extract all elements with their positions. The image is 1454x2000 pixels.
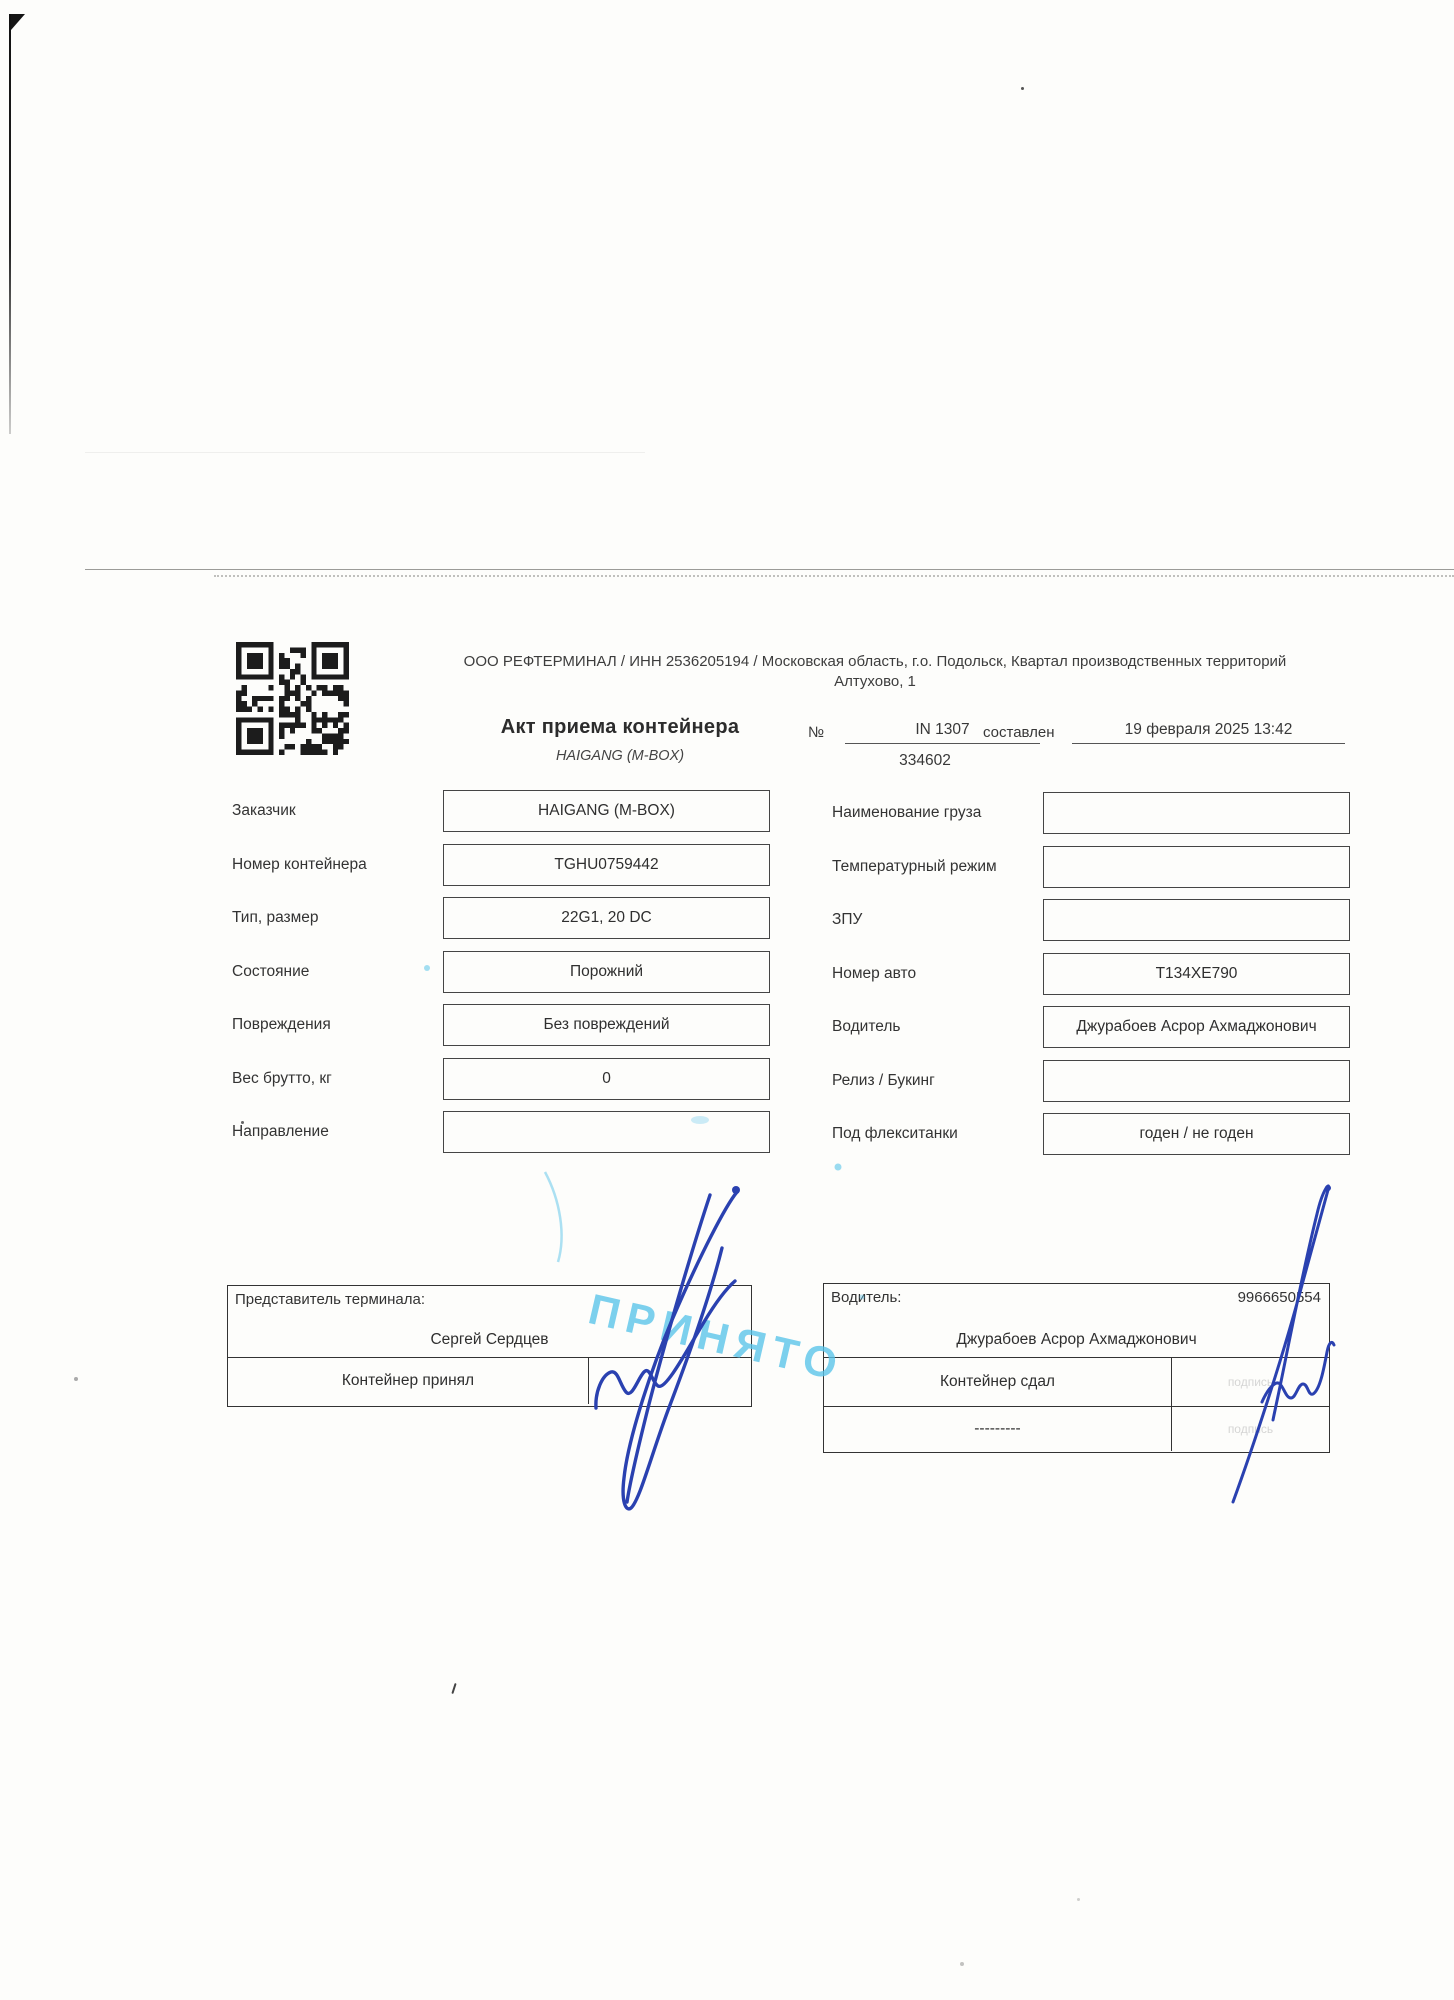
field-value: годен / не годен (1139, 1125, 1253, 1143)
terminal-action-cell: Контейнер принял (228, 1358, 588, 1404)
field-value-box: 0 (443, 1058, 770, 1100)
field-label: Номер контейнера (232, 844, 367, 886)
field-value: Порожний (570, 963, 643, 981)
field-value-box: Без повреждений (443, 1004, 770, 1046)
field-value-box: HAIGANG (M-BOX) (443, 790, 770, 832)
scan-speck (1077, 1898, 1080, 1901)
scan-speck (1021, 87, 1024, 90)
field-value-box: Т134ХЕ790 (1043, 953, 1350, 995)
composed-date-label: составлен (983, 724, 1055, 741)
driver-action-cell: Контейнер сдал (824, 1358, 1171, 1406)
document-number-secondary: 334602 (845, 752, 1005, 770)
field-value-box (1043, 1060, 1350, 1102)
field-value-box: TGHU0759442 (443, 844, 770, 886)
driver-header-cell: Водитель: 9966650554 Джурабоев Асрор Ахм… (824, 1284, 1329, 1357)
field-label: Температурный режим (832, 846, 997, 888)
signature-overlay (0, 0, 1454, 2000)
field-label: Тип, размер (232, 897, 319, 939)
field-label: Заказчик (232, 790, 296, 832)
field-label: Под флекситанки (832, 1113, 958, 1155)
terminal-header-label: Представитель терминала: (235, 1291, 425, 1308)
field-label: Номер авто (832, 953, 916, 995)
scanned-document: ООО РЕФТЕРМИНАЛ / ИНН 2536205194 / Моско… (0, 0, 1454, 2000)
scan-speck (74, 1377, 78, 1381)
field-label: Наименование груза (832, 792, 981, 834)
document-subtitle: HAIGANG (M-BOX) (400, 748, 840, 764)
field-value-box: 22G1, 20 DC (443, 897, 770, 939)
document-title: Акт приема контейнера (400, 716, 840, 739)
field-value-box (443, 1111, 770, 1153)
driver-signature-table: Водитель: 9966650554 Джурабоев Асрор Ахм… (823, 1283, 1330, 1453)
driver-header-label: Водитель: (831, 1289, 901, 1306)
field-value-box: годен / не годен (1043, 1113, 1350, 1155)
composed-date-value: 19 февраля 2025 13:42 (1072, 721, 1345, 744)
field-value-box (1043, 792, 1350, 834)
document-number-label: № (808, 724, 824, 741)
field-value: HAIGANG (M-BOX) (538, 802, 675, 820)
field-value-box (1043, 846, 1350, 888)
scan-seam-dotted-line (214, 575, 1454, 577)
field-value: Без повреждений (543, 1016, 669, 1034)
field-label: ЗПУ (832, 899, 862, 941)
field-value: 0 (602, 1070, 611, 1088)
qr-code-icon (236, 642, 349, 755)
driver-name: Джурабоев Асрор Ахмаджонович (824, 1331, 1329, 1349)
field-value-box: Джурабоев Асрор Ахмаджонович (1043, 1006, 1350, 1048)
driver-phone: 9966650554 (1238, 1289, 1321, 1306)
field-value-box (1043, 899, 1350, 941)
field-label: Водитель (832, 1006, 900, 1048)
driver-signature-cell-2: подпись (1171, 1407, 1329, 1451)
field-label: Состояние (232, 951, 309, 993)
field-value: 22G1, 20 DC (561, 909, 651, 927)
org-line2: Алтухово, 1 (834, 673, 916, 690)
field-label: Направление (232, 1111, 329, 1153)
field-label: Релиз / Букинг (832, 1060, 935, 1102)
scan-faint-line (85, 452, 645, 453)
scan-corner-artifact (11, 14, 25, 30)
org-line1: ООО РЕФТЕРМИНАЛ / ИНН 2536205194 / Моско… (464, 653, 1287, 670)
field-value: TGHU0759442 (554, 856, 658, 874)
field-label: Вес брутто, кг (232, 1058, 332, 1100)
field-value: Джурабоев Асрор Ахмаджонович (1076, 1018, 1316, 1036)
field-value: Т134ХЕ790 (1156, 965, 1238, 983)
scan-seam-line (85, 569, 1454, 570)
driver-signature-cell: подпись (1171, 1358, 1329, 1406)
field-value-box: Порожний (443, 951, 770, 993)
field-label: Повреждения (232, 1004, 331, 1046)
organization-header: ООО РЕФТЕРМИНАЛ / ИНН 2536205194 / Моско… (360, 652, 1390, 692)
scan-speck (451, 1683, 456, 1694)
scan-edge-artifact (9, 14, 11, 434)
driver-dashes-cell: --------- (824, 1407, 1171, 1451)
scan-speck (960, 1962, 964, 1966)
